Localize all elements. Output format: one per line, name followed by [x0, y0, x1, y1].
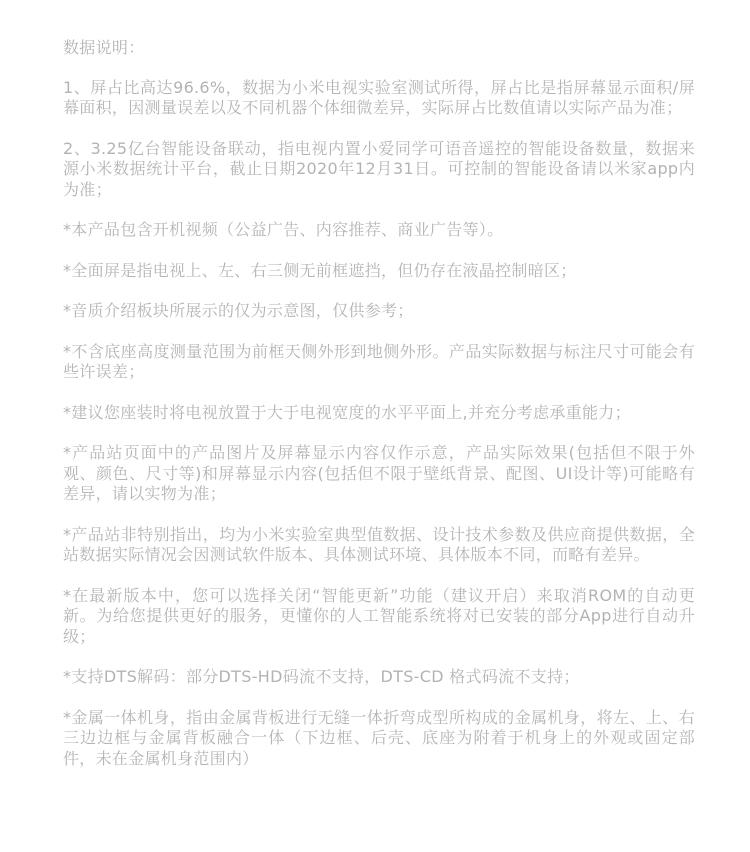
section-title: 数据说明： [63, 38, 695, 59]
note-lab-data: *产品站非特别指出，均为小米实验室典型值数据、设计技术参数及供应商提供数据，全站… [63, 525, 695, 566]
note-audio: *音质介绍板块所展示的仅为示意图，仅供参考； [63, 301, 695, 322]
note-product-images: *产品站页面中的产品图片及屏幕显示内容仅作示意，产品实际效果(包括但不限于外观、… [63, 443, 695, 505]
note-metal-body: *金属一体机身，指由金属背板进行无缝一体折弯成型所构成的金属机身，将左、上、右三… [63, 708, 695, 770]
note-smart-devices: 2、3.25亿台智能设备联动，指电视内置小爱同学可语音遥控的智能设备数量，数据来… [63, 139, 695, 201]
data-notes-section: 数据说明： 1、屏占比高达96.6%，数据为小米电视实验室测试所得，屏占比是指屏… [63, 38, 695, 789]
note-full-screen: *全面屏是指电视上、左、右三侧无前框遮挡，但仍存在液晶控制暗区； [63, 261, 695, 282]
note-boot-video: *本产品包含开机视频（公益广告、内容推荐、商业广告等）。 [63, 220, 695, 241]
note-smart-update: *在最新版本中，您可以选择关闭“智能更新”功能（建议开启）来取消ROM的自动更新… [63, 586, 695, 648]
note-dts: *支持DTS解码：部分DTS-HD码流不支持，DTS-CD 格式码流不支持； [63, 667, 695, 688]
note-screen-ratio: 1、屏占比高达96.6%，数据为小米电视实验室测试所得，屏占比是指屏幕显示面积/… [63, 78, 695, 119]
note-dimensions: *不含底座高度测量范围为前框天侧外形到地侧外形。产品实际数据与标注尺寸可能会有些… [63, 342, 695, 383]
note-mounting: *建议您座装时将电视放置于大于电视宽度的水平平面上,并充分考虑承重能力； [63, 403, 695, 424]
